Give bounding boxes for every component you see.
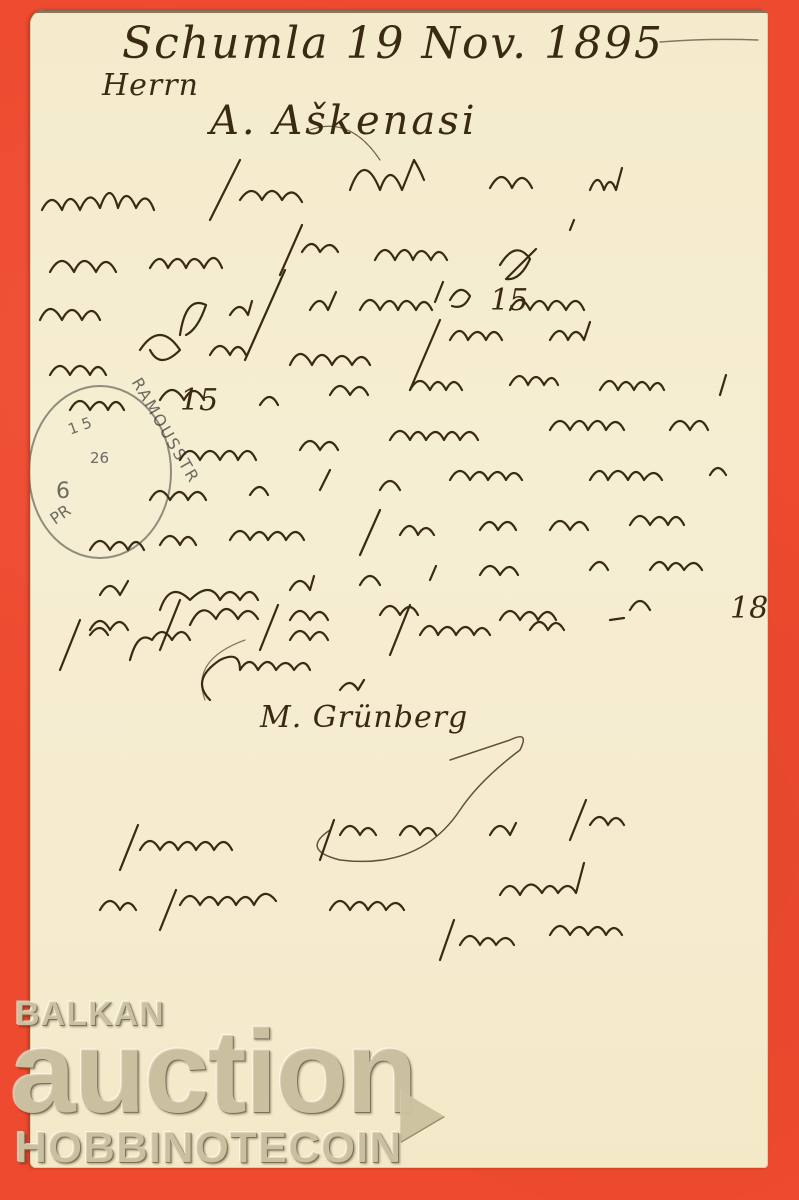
signature: M. Grünberg [260, 700, 468, 735]
postmark-date: 1 5 [66, 413, 95, 438]
play-triangle-icon [400, 1090, 444, 1142]
postmark-stamp: RAMOUSSTR 1 5 26 6 PR [30, 385, 172, 559]
postmark-bottom-text: PR [46, 501, 74, 528]
number-15-line3: 15 [490, 283, 528, 318]
watermark-bottom-text: HOBBINOTECOIN [15, 1123, 402, 1173]
number-15-line6: 15 [180, 383, 218, 418]
watermark-main-text: auction [10, 1013, 416, 1131]
postmark-day: 26 [90, 449, 109, 467]
number-18: 18 [730, 591, 768, 626]
